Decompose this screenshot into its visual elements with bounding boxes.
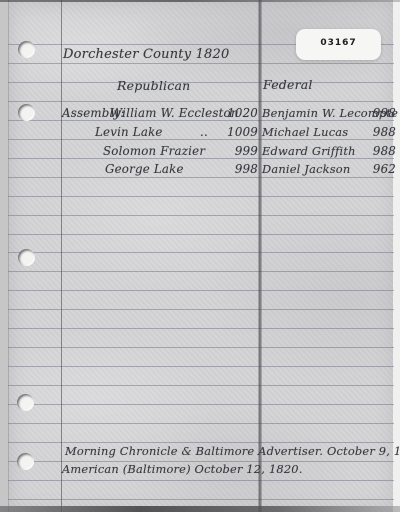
ruled-line: [8, 309, 394, 310]
ruled-line: [8, 215, 394, 216]
ruled-line: [8, 480, 394, 481]
ruled-line: [8, 385, 394, 386]
punch-hole: [17, 394, 34, 411]
ruled-line: [8, 499, 394, 500]
ruled-line: [8, 328, 394, 329]
ruled-line: [8, 63, 394, 64]
ruled-line: [8, 101, 394, 102]
scanned-page: [8, 0, 395, 512]
republican-name: Levin Lake: [95, 125, 163, 139]
citation-line: Morning Chronicle & Baltimore Advertiser…: [65, 444, 400, 458]
scan-edge-bottom: [0, 506, 400, 512]
federal-name: Daniel Jackson: [262, 162, 350, 176]
label-sticker: 03167: [296, 29, 381, 60]
page-title: Dorchester County 1820: [63, 47, 229, 62]
table-row: George Lake 998 Daniel Jackson 962: [0, 162, 400, 180]
federal-name: Edward Griffith: [262, 144, 356, 158]
column-header-federal: Federal: [263, 77, 313, 92]
federal-votes: 998: [364, 106, 396, 120]
punch-hole: [18, 41, 35, 58]
federal-name: Michael Lucas: [262, 125, 348, 139]
fold-crease-line: [258, 0, 262, 512]
ruled-line: [8, 404, 394, 405]
republican-name: Solomon Frazier: [103, 144, 205, 158]
scan-edge-right: [393, 0, 400, 512]
ruled-line: [8, 442, 394, 443]
ruled-line: [8, 82, 394, 83]
table-row: Levin Lake .. 1009 Michael Lucas 988: [0, 125, 400, 143]
ruled-line: [8, 423, 394, 424]
column-header-republican: Republican: [117, 78, 190, 93]
federal-votes: 988: [364, 144, 396, 158]
table-row: Assembly: William W. Eccleston 1020 Benj…: [0, 106, 400, 124]
republican-name: George Lake: [105, 162, 184, 176]
citation-line: American (Baltimore) October 12, 1820.: [62, 462, 303, 476]
ruled-line: [8, 234, 394, 235]
ruled-line: [8, 196, 394, 197]
federal-votes: 962: [364, 162, 396, 176]
ruled-line: [8, 366, 394, 367]
ruled-line: [8, 290, 394, 291]
republican-name: William W. Eccleston: [110, 106, 239, 120]
margin-line: [61, 0, 62, 512]
republican-votes: 999: [224, 144, 258, 158]
republican-votes: 1020: [224, 106, 258, 120]
table-row: Solomon Frazier 999 Edward Griffith 988: [0, 144, 400, 162]
ruled-line: [8, 252, 394, 253]
punch-hole: [17, 453, 34, 470]
ruled-line: [8, 271, 394, 272]
republican-votes: 998: [224, 162, 258, 176]
scan-edge-top: [0, 0, 400, 2]
ruled-line: [8, 347, 394, 348]
punch-hole: [18, 249, 35, 266]
label-number: 03167: [320, 38, 356, 48]
ditto-mark: ..: [200, 125, 208, 139]
republican-votes: 1009: [224, 125, 258, 139]
federal-votes: 988: [364, 125, 396, 139]
